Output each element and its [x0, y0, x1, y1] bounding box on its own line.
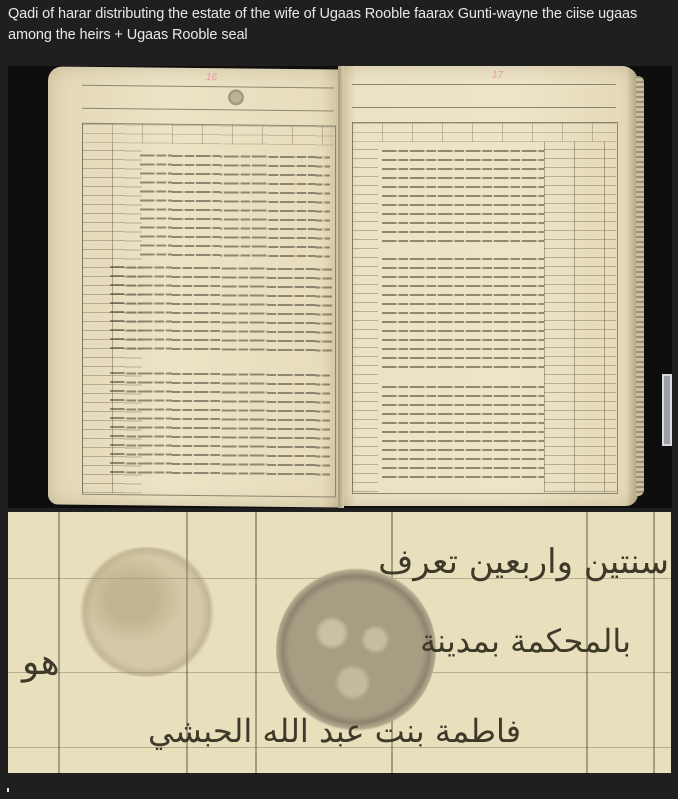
script-block — [110, 263, 332, 355]
script-line: بالمحكمة بمدينة — [420, 622, 631, 660]
page-header-band — [352, 84, 616, 108]
right-page: 17 — [338, 66, 638, 506]
script-line: فاطمة بنت عبد الله الحبشي — [148, 712, 521, 750]
column-headers — [352, 122, 616, 142]
script-block — [382, 252, 544, 372]
text-cursor — [7, 788, 9, 792]
ruled-margin — [544, 142, 616, 492]
side-object — [662, 374, 672, 446]
ruled-margin — [352, 142, 378, 492]
message-caption: Qadi of harar distributing the estate of… — [8, 4, 674, 46]
script-block — [382, 146, 544, 246]
script-line: سنتين واربعين تعرف — [378, 542, 669, 582]
script-block — [382, 382, 544, 482]
folio-number-left: 16 — [206, 72, 217, 83]
seal-photo[interactable]: سنتين واربعين تعرف بالمحكمة بمدينة فاطمة… — [8, 512, 671, 773]
small-stamp-icon — [228, 89, 244, 105]
book-photo[interactable]: 16 17 — [8, 66, 672, 508]
ugaas-rooble-seal — [276, 567, 436, 732]
page-header-band — [82, 85, 334, 112]
column-headers — [82, 123, 334, 146]
folio-number-right: 17 — [492, 70, 503, 81]
script-line: هو — [22, 642, 60, 683]
faint-seal-impression — [72, 547, 222, 677]
left-page: 16 — [48, 66, 344, 507]
script-block — [110, 367, 330, 479]
page-edge — [636, 76, 644, 496]
script-block — [140, 149, 330, 261]
book-spine — [338, 66, 344, 508]
